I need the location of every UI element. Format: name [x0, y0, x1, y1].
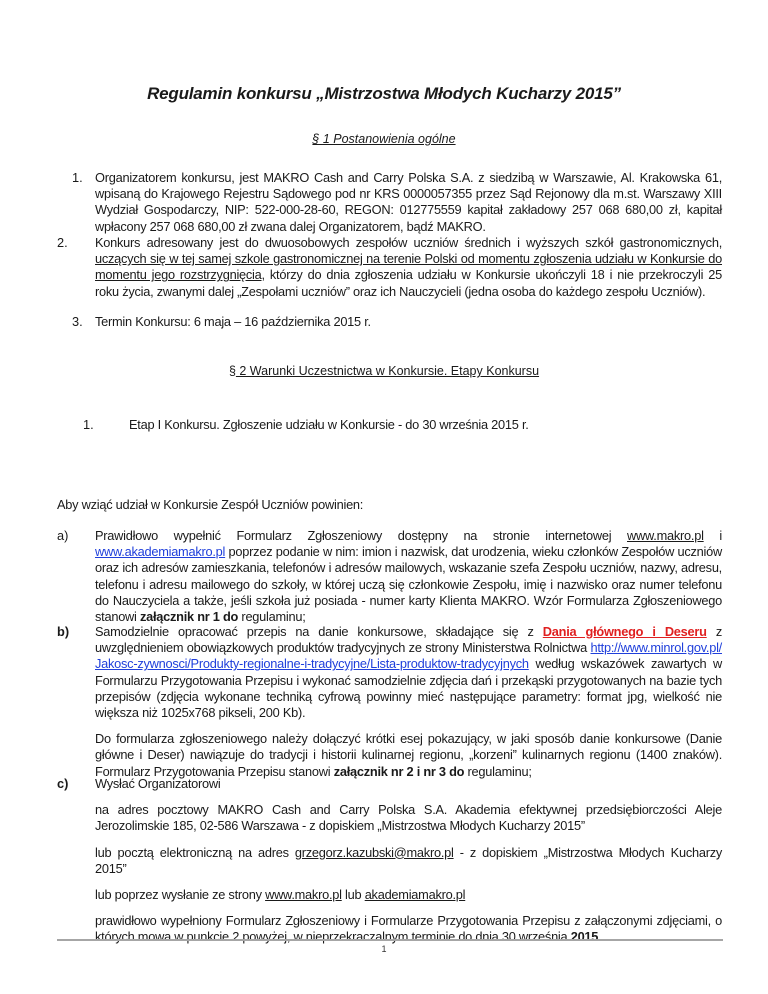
item-c: Wysłać Organizatorowi na adres pocztowy … [95, 776, 722, 954]
item-label: c) [57, 776, 68, 792]
akademiamakro-link[interactable]: www.akademiamakro.pl [95, 544, 225, 559]
section-1-heading: § 1 Postanowienia ogólne [0, 132, 768, 146]
intro-text: Aby wziąć udział w Konkursie Zespół Uczn… [57, 497, 717, 513]
list-item: Termin Konkursu: 6 maja – 16 październik… [95, 314, 722, 330]
item-a: Prawidłowo wypełnić Formularz Zgłoszenio… [95, 528, 722, 625]
footer-divider [57, 939, 723, 941]
stage-heading: Etap I Konkursu. Zgłoszenie udziału w Ko… [129, 417, 689, 433]
email-link[interactable]: grzegorz.kazubski@makro.pl [295, 845, 454, 860]
highlight-text: Dania głównego i Deseru [543, 624, 707, 639]
page-number: 1 [0, 944, 768, 954]
item-b: Samodzielnie opracować przepis na danie … [95, 624, 722, 788]
makro-link[interactable]: www.makro.pl [265, 887, 342, 902]
document-title: Regulamin konkursu „Mistrzostwa Młodych … [0, 84, 768, 104]
item-label: a) [57, 528, 68, 544]
list-number: 1. [72, 170, 83, 186]
list-number: 2. [57, 235, 68, 251]
list-number: 3. [72, 314, 83, 330]
item-label: b) [57, 624, 69, 640]
document-page: Regulamin konkursu „Mistrzostwa Młodych … [0, 0, 768, 994]
makro-link[interactable]: www.makro.pl [627, 528, 704, 543]
akademiamakro-link[interactable]: akademiamakro.pl [365, 887, 466, 902]
stage-number: 1. [83, 417, 94, 433]
list-item: Konkurs adresowany jest do dwuosobowych … [95, 235, 722, 300]
list-item: Organizatorem konkursu, jest MAKRO Cash … [95, 170, 722, 235]
section-2-heading: § 2 Warunki Uczestnictwa w Konkursie. Et… [0, 364, 768, 378]
